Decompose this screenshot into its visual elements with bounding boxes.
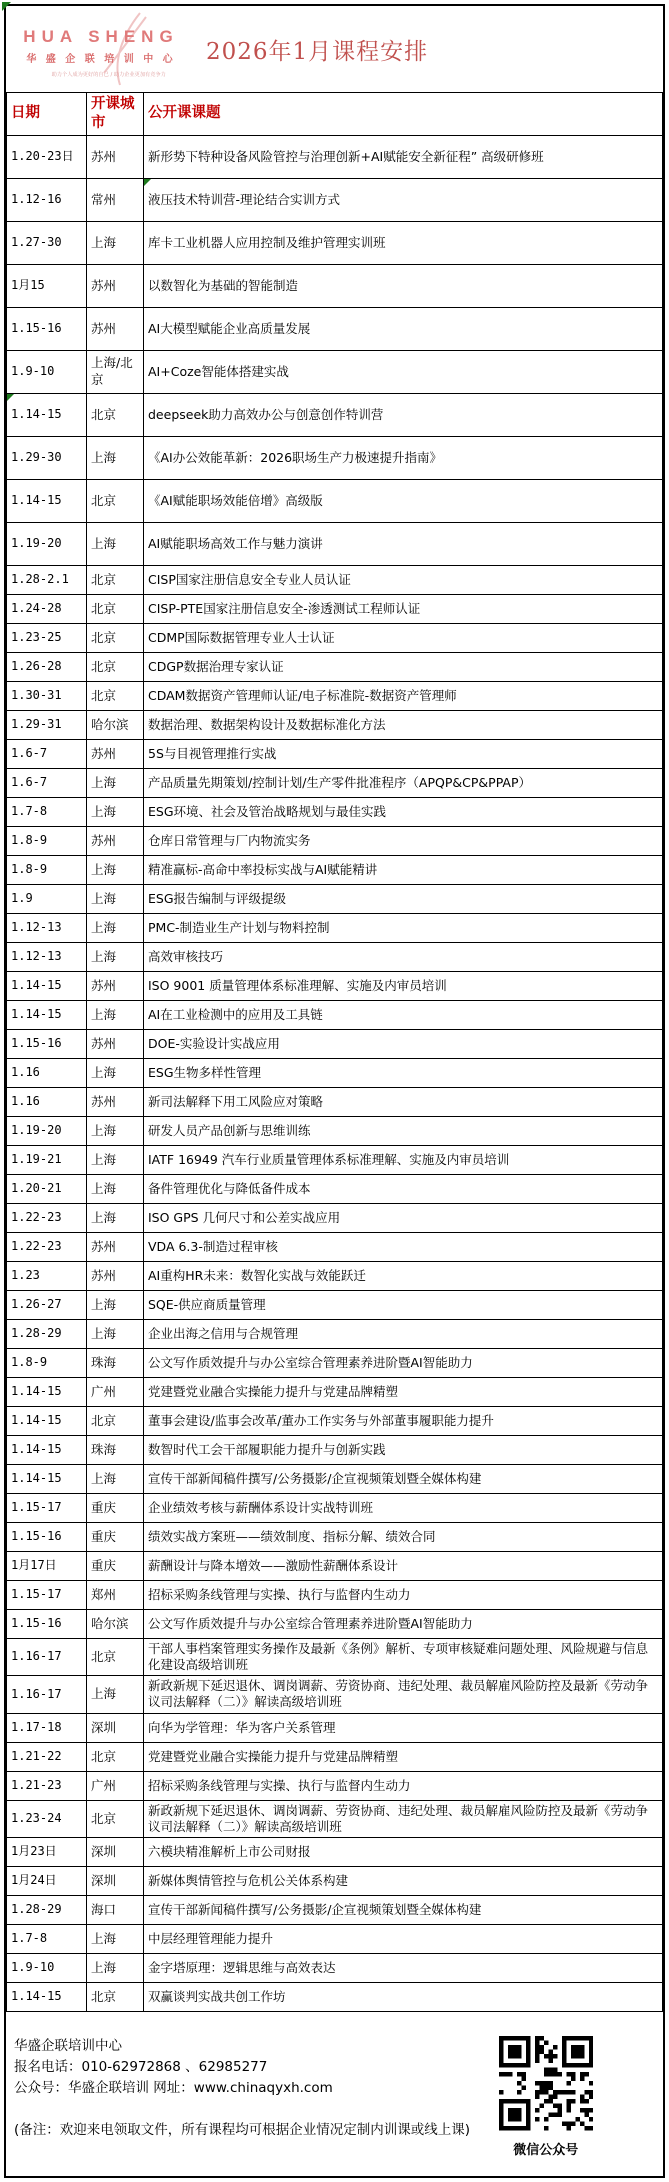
city-value: 苏州 [91, 278, 116, 293]
city-cell[interactable]: 珠海 [87, 1435, 144, 1464]
city-cell[interactable]: 上海 [87, 1058, 144, 1087]
course-cell[interactable]: CDMP国际数据管理专业人士认证 [144, 623, 663, 652]
date-value: 1.12-13 [11, 949, 62, 963]
city-cell[interactable]: 上海 [87, 1116, 144, 1145]
course-value: SQE-供应商质量管理 [148, 1297, 266, 1312]
city-cell[interactable]: 哈尔滨 [87, 1609, 144, 1638]
course-cell[interactable]: 新媒体舆情管控与危机公关体系构建 [144, 1867, 663, 1896]
city-cell[interactable]: 北京 [87, 1983, 144, 2012]
date-cell[interactable]: 1.16 [7, 1087, 87, 1116]
table-row: 1.26-27 上海 SQE-供应商质量管理 [7, 1290, 663, 1319]
date-value: 1.15-16 [11, 321, 62, 335]
course-cell[interactable]: 精准赢标-高命中率投标实战与AI赋能精讲 [144, 855, 663, 884]
city-cell[interactable]: 上海 [87, 942, 144, 971]
date-cell[interactable]: 1.8-9 [7, 1348, 87, 1377]
course-cell[interactable]: AI+Coze智能体搭建实战 [144, 350, 663, 393]
date-cell[interactable]: 1.14-15 [7, 1000, 87, 1029]
course-value: VDA 6.3-制造过程审核 [148, 1239, 278, 1254]
date-value: 1.15-16 [11, 1616, 62, 1630]
course-cell[interactable]: 数据治理、数据架构设计及数据标准化方法 [144, 710, 663, 739]
table-row: 1.15-16 苏州 AI大模型赋能企业高质量发展 [7, 307, 663, 350]
city-value: 北京 [91, 630, 116, 645]
phone-line: 报名电话：010-62972868 、62985277 [14, 2057, 470, 2078]
course-cell[interactable]: VDA 6.3-制造过程审核 [144, 1232, 663, 1261]
date-value: 1.20-21 [11, 1181, 62, 1195]
city-value: 深圳 [91, 1844, 116, 1859]
table-row: 1.15-16 苏州 DOE-实验设计实战应用 [7, 1029, 663, 1058]
table-row: 1.29-30 上海 《AI办公效能革新：2026职场生产力极速提升指南》 [7, 436, 663, 479]
table-row: 1月17日 重庆 薪酬设计与降本增效——激励性薪酬体系设计 [7, 1551, 663, 1580]
date-cell[interactable]: 1.14-15 [7, 1983, 87, 2012]
course-value: 宣传干部新闻稿件撰写/公务摄影/企宣视频策划暨全媒体构建 [148, 1902, 481, 1917]
city-value: 上海 [91, 536, 116, 551]
table-row: 1.20-21 上海 备件管理优化与降低备件成本 [7, 1174, 663, 1203]
course-cell[interactable]: 备件管理优化与降低备件成本 [144, 1174, 663, 1203]
city-cell[interactable]: 上海 [87, 1464, 144, 1493]
city-value: 上海 [91, 235, 116, 250]
city-cell[interactable]: 北京 [87, 681, 144, 710]
date-cell[interactable]: 1.29-31 [7, 710, 87, 739]
city-cell[interactable]: 苏州 [87, 1087, 144, 1116]
course-cell[interactable]: 董事会建设/监事会改革/董办工作实务与外部董事履职能力提升 [144, 1406, 663, 1435]
course-value: 《AI赋能职场效能倍增》高级版 [148, 493, 323, 508]
table-row: 1.14-15 上海 AI在工业检测中的应用及工具链 [7, 1000, 663, 1029]
worksheet: HUA SHENG 华 盛 企 联 培 训 中 心 助力个人成为更好的自己 / … [4, 4, 665, 2178]
city-cell[interactable]: 苏州 [87, 135, 144, 178]
date-value: 1月23日 [11, 1844, 57, 1858]
course-cell[interactable]: DOE-实验设计实战应用 [144, 1029, 663, 1058]
date-cell[interactable]: 1.9-10 [7, 350, 87, 393]
date-cell[interactable]: 1.12-13 [7, 913, 87, 942]
course-cell[interactable]: SQE-供应商质量管理 [144, 1290, 663, 1319]
date-value: 1.28-29 [11, 1326, 62, 1340]
date-cell[interactable]: 1.22-23 [7, 1232, 87, 1261]
course-cell[interactable]: AI大模型赋能企业高质量发展 [144, 307, 663, 350]
date-value: 1.23 [11, 1268, 40, 1282]
date-cell[interactable]: 1.24-28 [7, 594, 87, 623]
date-value: 1月17日 [11, 1558, 57, 1572]
course-cell[interactable]: CISP国家注册信息安全专业人员认证 [144, 565, 663, 594]
course-cell[interactable]: 公文写作质效提升与办公室综合管理素养进阶暨AI智能助力 [144, 1348, 663, 1377]
date-value: 1.8-9 [11, 833, 47, 847]
table-row: 1月24日 深圳 新媒体舆情管控与危机公关体系构建 [7, 1867, 663, 1896]
course-cell[interactable]: IATF 16949 汽车行业质量管理体系标准理解、实施及内审员培训 [144, 1145, 663, 1174]
course-cell[interactable]: 研发人员产品创新与思维训练 [144, 1116, 663, 1145]
course-value: 企业出海之信用与合规管理 [148, 1326, 298, 1341]
city-cell[interactable]: 重庆 [87, 1522, 144, 1551]
date-cell[interactable]: 1.28-29 [7, 1319, 87, 1348]
date-cell[interactable]: 1.7-8 [7, 797, 87, 826]
course-cell[interactable]: CDGP数据治理专家认证 [144, 652, 663, 681]
city-cell[interactable]: 上海 [87, 221, 144, 264]
date-cell[interactable]: 1.14-15 [7, 479, 87, 522]
city-cell[interactable]: 北京 [87, 393, 144, 436]
city-cell[interactable]: 北京 [87, 623, 144, 652]
course-cell[interactable]: 招标采购条线管理与实操、执行与监督内生动力 [144, 1580, 663, 1609]
city-cell[interactable]: 重庆 [87, 1551, 144, 1580]
city-value: 上海 [91, 1181, 116, 1196]
course-cell[interactable]: 招标采购条线管理与实操、执行与监督内生动力 [144, 1771, 663, 1800]
city-cell[interactable]: 上海 [87, 1174, 144, 1203]
course-cell[interactable]: 新政新规下延迟退休、调岗调薪、劳资协商、违纪处理、裁员解雇风险防控及最新《劳动争… [144, 1800, 663, 1838]
city-value: 北京 [91, 1413, 116, 1428]
date-cell[interactable]: 1.14-15 [7, 1464, 87, 1493]
city-cell[interactable]: 北京 [87, 1638, 144, 1676]
table-row: 1.23-25 北京 CDMP国际数据管理专业人士认证 [7, 623, 663, 652]
date-cell[interactable]: 1.26-28 [7, 652, 87, 681]
date-cell[interactable]: 1.19-21 [7, 1145, 87, 1174]
table-row: 1.14-15 北京 deepseek助力高效办公与创意创作特训营 [7, 393, 663, 436]
course-cell[interactable]: ESG生物多样性管理 [144, 1058, 663, 1087]
date-value: 1.27-30 [11, 235, 62, 249]
city-value: 常州 [91, 192, 116, 207]
date-cell[interactable]: 1月23日 [7, 1838, 87, 1867]
date-cell[interactable]: 1.19-20 [7, 1116, 87, 1145]
city-cell[interactable]: 重庆 [87, 1493, 144, 1522]
course-cell[interactable]: 5S与目视管理推行实战 [144, 739, 663, 768]
city-value: 北京 [91, 1749, 116, 1764]
course-value: 中层经理管理能力提升 [148, 1931, 273, 1946]
course-cell[interactable]: ESG环境、社会及管治战略规划与最佳实践 [144, 797, 663, 826]
course-cell[interactable]: 双赢谈判实战共创工作坊 [144, 1983, 663, 2012]
city-value: 上海 [91, 1960, 116, 1975]
course-cell[interactable]: AI在工业检测中的应用及工具链 [144, 1000, 663, 1029]
city-cell[interactable]: 哈尔滨 [87, 710, 144, 739]
course-cell[interactable]: 薪酬设计与降本增效——激励性薪酬体系设计 [144, 1551, 663, 1580]
course-value: 新政新规下延迟退休、调岗调薪、劳资协商、违纪处理、裁员解雇风险防控及最新《劳动争… [148, 1678, 648, 1709]
table-row: 1.12-16 常州 液压技术特训营-理论结合实训方式 [7, 178, 663, 221]
course-cell[interactable]: 数智时代工会干部履职能力提升与创新实践 [144, 1435, 663, 1464]
date-value: 1.26-27 [11, 1297, 62, 1311]
city-cell[interactable]: 深圳 [87, 1867, 144, 1896]
city-cell[interactable]: 上海 [87, 1000, 144, 1029]
course-value: deepseek助力高效办公与创意创作特训营 [148, 407, 383, 422]
city-value: 苏州 [91, 978, 116, 993]
city-cell[interactable]: 上海 [87, 1676, 144, 1714]
course-cell[interactable]: 仓库日常管理与厂内物流实务 [144, 826, 663, 855]
date-cell[interactable]: 1.6-7 [7, 768, 87, 797]
course-value: 研发人员产品创新与思维训练 [148, 1123, 311, 1138]
course-cell[interactable]: 以数智化为基础的智能制造 [144, 264, 663, 307]
city-cell[interactable]: 上海 [87, 884, 144, 913]
date-cell[interactable]: 1.15-16 [7, 1029, 87, 1058]
date-value: 1.7-8 [11, 1931, 47, 1945]
city-value: 珠海 [91, 1442, 116, 1457]
date-cell[interactable]: 1.9 [7, 884, 87, 913]
course-value: 高效审核技巧 [148, 949, 223, 964]
city-cell[interactable]: 苏州 [87, 1029, 144, 1058]
city-value: 北京 [91, 1989, 116, 2004]
date-value: 1.15-17 [11, 1500, 62, 1514]
city-value: 苏州 [91, 1094, 116, 1109]
logo-tagline: 助力个人成为更好的自己 / 助力企业更加有竞争力 [52, 70, 151, 78]
course-cell[interactable]: 六模块精准解析上市公司财报 [144, 1838, 663, 1867]
course-value: PMC-制造业生产计划与物料控制 [148, 920, 330, 935]
date-cell[interactable]: 1.16 [7, 1058, 87, 1087]
city-cell[interactable]: 上海 [87, 1925, 144, 1954]
city-cell[interactable]: 深圳 [87, 1838, 144, 1867]
course-cell[interactable]: 公文写作质效提升与办公室综合管理素养进阶暨AI智能助力 [144, 1609, 663, 1638]
course-value: ESG生物多样性管理 [148, 1065, 261, 1080]
city-value: 苏州 [91, 1239, 116, 1254]
city-cell[interactable]: 苏州 [87, 826, 144, 855]
course-cell[interactable]: CISP-PTE国家注册信息安全-渗透测试工程师认证 [144, 594, 663, 623]
city-cell[interactable]: 苏州 [87, 1261, 144, 1290]
date-value: 1月15 [11, 278, 45, 292]
table-row: 1月23日 深圳 六模块精准解析上市公司财报 [7, 1838, 663, 1867]
date-cell[interactable]: 1.12-13 [7, 942, 87, 971]
city-cell[interactable]: 北京 [87, 652, 144, 681]
course-value: CISP-PTE国家注册信息安全-渗透测试工程师认证 [148, 601, 420, 616]
city-cell[interactable]: 上海 [87, 855, 144, 884]
col-header-course[interactable]: 公开课课题 [144, 93, 663, 136]
course-cell[interactable]: ESG报告编制与评级提级 [144, 884, 663, 913]
city-cell[interactable]: 苏州 [87, 1232, 144, 1261]
city-cell[interactable]: 上海 [87, 1954, 144, 1983]
date-cell[interactable]: 1.16-17 [7, 1676, 87, 1714]
course-cell[interactable]: 中层经理管理能力提升 [144, 1925, 663, 1954]
date-cell[interactable]: 1.26-27 [7, 1290, 87, 1319]
date-cell[interactable]: 1月24日 [7, 1867, 87, 1896]
course-cell[interactable]: 企业绩效考核与薪酬体系设计实战特训班 [144, 1493, 663, 1522]
city-cell[interactable]: 上海 [87, 1290, 144, 1319]
date-value: 1.8-9 [11, 1355, 47, 1369]
date-cell[interactable]: 1.16-17 [7, 1638, 87, 1676]
city-value: 上海 [91, 775, 116, 790]
date-cell[interactable]: 1.12-16 [7, 178, 87, 221]
city-value: 上海 [91, 1686, 116, 1701]
table-row: 1.9-10 上海/北京 AI+Coze智能体搭建实战 [7, 350, 663, 393]
table-row: 1.19-21 上海 IATF 16949 汽车行业质量管理体系标准理解、实施及… [7, 1145, 663, 1174]
course-cell[interactable]: CDAM数据资产管理师认证/电子标准院-数据资产管理师 [144, 681, 663, 710]
date-value: 1.14-15 [11, 1413, 62, 1427]
date-value: 1.29-31 [11, 717, 62, 731]
course-cell[interactable]: 液压技术特训营-理论结合实训方式 [144, 178, 663, 221]
city-cell[interactable]: 海口 [87, 1896, 144, 1925]
course-value: 董事会建设/监事会改革/董办工作实务与外部董事履职能力提升 [148, 1413, 494, 1428]
city-cell[interactable]: 苏州 [87, 307, 144, 350]
course-cell[interactable]: 新司法解释下用工风险应对策略 [144, 1087, 663, 1116]
course-value: 宣传干部新闻稿件撰写/公务摄影/企宣视频策划暨全媒体构建 [148, 1471, 481, 1486]
date-cell[interactable]: 1.20-21 [7, 1174, 87, 1203]
date-cell[interactable]: 1.30-31 [7, 681, 87, 710]
table-row: 1.14-15 北京 《AI赋能职场效能倍增》高级版 [7, 479, 663, 522]
city-cell[interactable]: 上海 [87, 522, 144, 565]
course-value: 六模块精准解析上市公司财报 [148, 1844, 311, 1859]
course-value: 备件管理优化与降低备件成本 [148, 1181, 311, 1196]
table-row: 1.14-15 北京 董事会建设/监事会改革/董办工作实务与外部董事履职能力提升 [7, 1406, 663, 1435]
course-cell[interactable]: 企业出海之信用与合规管理 [144, 1319, 663, 1348]
date-cell[interactable]: 1.23-24 [7, 1800, 87, 1838]
city-value: 上海 [91, 1210, 116, 1225]
course-value: 企业绩效考核与薪酬体系设计实战特训班 [148, 1500, 373, 1515]
table-row: 1.14-15 上海 宣传干部新闻稿件撰写/公务摄影/企宣视频策划暨全媒体构建 [7, 1464, 663, 1493]
date-cell[interactable]: 1.21-23 [7, 1771, 87, 1800]
city-cell[interactable]: 上海 [87, 436, 144, 479]
course-cell[interactable]: 宣传干部新闻稿件撰写/公务摄影/企宣视频策划暨全媒体构建 [144, 1896, 663, 1925]
date-cell[interactable]: 1.21-22 [7, 1742, 87, 1771]
course-cell[interactable]: deepseek助力高效办公与创意创作特训营 [144, 393, 663, 436]
city-cell[interactable]: 苏州 [87, 971, 144, 1000]
date-value: 1.9-10 [11, 364, 54, 378]
date-cell[interactable]: 1.15-17 [7, 1493, 87, 1522]
date-cell[interactable]: 1.15-16 [7, 1522, 87, 1551]
city-cell[interactable]: 上海 [87, 768, 144, 797]
date-cell[interactable]: 1.19-20 [7, 522, 87, 565]
course-cell[interactable]: 党建暨党业融合实操能力提升与党建品牌精塑 [144, 1377, 663, 1406]
date-value: 1.19-20 [11, 1123, 62, 1137]
table-row: 1.27-30 上海 库卡工业机器人应用控制及维护管理实训班 [7, 221, 663, 264]
date-cell[interactable]: 1.22-23 [7, 1203, 87, 1232]
city-cell[interactable]: 深圳 [87, 1713, 144, 1742]
course-cell[interactable]: 宣传干部新闻稿件撰写/公务摄影/企宣视频策划暨全媒体构建 [144, 1464, 663, 1493]
city-cell[interactable]: 北京 [87, 1406, 144, 1435]
city-cell[interactable]: 上海 [87, 1319, 144, 1348]
city-cell[interactable]: 广州 [87, 1771, 144, 1800]
course-value: 新媒体舆情管控与危机公关体系构建 [148, 1873, 348, 1888]
city-cell[interactable]: 上海 [87, 797, 144, 826]
course-cell[interactable]: AI赋能职场高效工作与魅力演讲 [144, 522, 663, 565]
date-cell[interactable]: 1.14-15 [7, 393, 87, 436]
date-cell[interactable]: 1.14-15 [7, 1377, 87, 1406]
table-row: 1.6-7 苏州 5S与目视管理推行实战 [7, 739, 663, 768]
city-value: 珠海 [91, 1355, 116, 1370]
course-cell[interactable]: 绩效实战方案班——绩效制度、指标分解、绩效合同 [144, 1522, 663, 1551]
course-cell[interactable]: 党建暨党业融合实操能力提升与党建品牌精塑 [144, 1742, 663, 1771]
course-value: IATF 16949 汽车行业质量管理体系标准理解、实施及内审员培训 [148, 1152, 509, 1167]
course-cell[interactable]: 《AI赋能职场效能倍增》高级版 [144, 479, 663, 522]
table-row: 1.16 上海 ESG生物多样性管理 [7, 1058, 663, 1087]
date-cell[interactable]: 1.14-15 [7, 1406, 87, 1435]
course-cell[interactable]: 产品质量先期策划/控制计划/生产零件批准程序（APQP&CP&PPAP） [144, 768, 663, 797]
city-cell[interactable]: 上海 [87, 1203, 144, 1232]
table-row: 1.15-17 郑州 招标采购条线管理与实操、执行与监督内生动力 [7, 1580, 663, 1609]
date-value: 1.19-21 [11, 1152, 62, 1166]
date-value: 1月24日 [11, 1873, 57, 1887]
col-header-date[interactable]: 日期 [7, 93, 87, 136]
date-cell[interactable]: 1.28-2.1 [7, 565, 87, 594]
table-row: 1.14-15 广州 党建暨党业融合实操能力提升与党建品牌精塑 [7, 1377, 663, 1406]
date-cell[interactable]: 1.8-9 [7, 855, 87, 884]
date-cell[interactable]: 1.17-18 [7, 1713, 87, 1742]
city-value: 上海 [91, 1297, 116, 1312]
date-cell[interactable]: 1月17日 [7, 1551, 87, 1580]
course-value: CDGP数据治理专家认证 [148, 659, 284, 674]
col-header-city[interactable]: 开课城市 [87, 93, 144, 136]
date-cell[interactable]: 1.23 [7, 1261, 87, 1290]
date-cell[interactable]: 1.27-30 [7, 221, 87, 264]
city-cell[interactable]: 上海 [87, 913, 144, 942]
date-cell[interactable]: 1.23-25 [7, 623, 87, 652]
city-value: 上海 [91, 1931, 116, 1946]
date-value: 1.14-15 [11, 1989, 62, 2003]
table-row: 1.16 苏州 新司法解释下用工风险应对策略 [7, 1087, 663, 1116]
course-cell[interactable]: 《AI办公效能革新：2026职场生产力极速提升指南》 [144, 436, 663, 479]
date-cell[interactable]: 1月15 [7, 264, 87, 307]
course-value: AI+Coze智能体搭建实战 [148, 364, 289, 379]
course-cell[interactable]: 高效审核技巧 [144, 942, 663, 971]
course-value: CDAM数据资产管理师认证/电子标准院-数据资产管理师 [148, 688, 457, 703]
course-cell[interactable]: 干部人事档案管理实务操作及最新《条例》解析、专项审核疑难问题处理、风险规避与信息… [144, 1638, 663, 1676]
footer-note: (备注：欢迎来电领取文件，所有课程均可根据企业情况定制内训课或线上课) [14, 2120, 470, 2141]
city-cell[interactable]: 北京 [87, 565, 144, 594]
city-cell[interactable]: 北京 [87, 479, 144, 522]
city-cell[interactable]: 珠海 [87, 1348, 144, 1377]
course-value: DOE-实验设计实战应用 [148, 1036, 280, 1051]
table-row: 1.9 上海 ESG报告编制与评级提级 [7, 884, 663, 913]
city-cell[interactable]: 上海 [87, 1145, 144, 1174]
course-cell[interactable]: PMC-制造业生产计划与物料控制 [144, 913, 663, 942]
date-cell[interactable]: 1.9-10 [7, 1954, 87, 1983]
table-row: 1.8-9 珠海 公文写作质效提升与办公室综合管理素养进阶暨AI智能助力 [7, 1348, 663, 1377]
date-value: 1.28-2.1 [11, 572, 69, 586]
date-value: 1.22-23 [11, 1210, 62, 1224]
city-cell[interactable]: 广州 [87, 1377, 144, 1406]
date-cell[interactable]: 1.6-7 [7, 739, 87, 768]
table-row: 1.15-16 哈尔滨 公文写作质效提升与办公室综合管理素养进阶暨AI智能助力 [7, 1609, 663, 1638]
course-value: 新司法解释下用工风险应对策略 [148, 1094, 323, 1109]
date-cell[interactable]: 1.15-17 [7, 1580, 87, 1609]
city-value: 上海 [91, 862, 116, 877]
table-row: 1.24-28 北京 CISP-PTE国家注册信息安全-渗透测试工程师认证 [7, 594, 663, 623]
course-cell[interactable]: 向华为学管理：华为客户关系管理 [144, 1713, 663, 1742]
date-cell[interactable]: 1.14-15 [7, 971, 87, 1000]
date-value: 1.16-17 [11, 1649, 62, 1663]
course-value: 双赢谈判实战共创工作坊 [148, 1989, 286, 2004]
date-value: 1.30-31 [11, 688, 62, 702]
course-value: ISO GPS 几何尺寸和公差实战应用 [148, 1210, 340, 1225]
table-row: 1.12-13 上海 PMC-制造业生产计划与物料控制 [7, 913, 663, 942]
course-value: 薪酬设计与降本增效——激励性薪酬体系设计 [148, 1558, 398, 1573]
city-cell[interactable]: 苏州 [87, 739, 144, 768]
course-cell[interactable]: AI重构HR未来：数智化实战与效能跃迁 [144, 1261, 663, 1290]
date-cell[interactable]: 1.15-16 [7, 1609, 87, 1638]
date-cell[interactable]: 1.29-30 [7, 436, 87, 479]
course-cell[interactable]: 新形势下特种设备风险管控与治理创新+AI赋能安全新征程” 高级研修班 [144, 135, 663, 178]
city-cell[interactable]: 上海/北京 [87, 350, 144, 393]
table-row: 1.14-15 苏州 ISO 9001 质量管理体系标准理解、实施及内审员培训 [7, 971, 663, 1000]
city-cell[interactable]: 常州 [87, 178, 144, 221]
date-cell[interactable]: 1.7-8 [7, 1925, 87, 1954]
city-cell[interactable]: 北京 [87, 1742, 144, 1771]
date-value: 1.17-18 [11, 1720, 62, 1734]
date-cell[interactable]: 1.15-16 [7, 307, 87, 350]
course-cell[interactable]: 库卡工业机器人应用控制及维护管理实训班 [144, 221, 663, 264]
city-cell[interactable]: 郑州 [87, 1580, 144, 1609]
city-value: 上海 [91, 1471, 116, 1486]
date-cell[interactable]: 1.28-29 [7, 1896, 87, 1925]
city-value: 上海 [91, 1007, 116, 1022]
course-cell[interactable]: ISO 9001 质量管理体系标准理解、实施及内审员培训 [144, 971, 663, 1000]
course-value: 产品质量先期策划/控制计划/生产零件批准程序（APQP&CP&PPAP） [148, 775, 531, 790]
date-cell[interactable]: 1.14-15 [7, 1435, 87, 1464]
table-row: 1.21-22 北京 党建暨党业融合实操能力提升与党建品牌精塑 [7, 1742, 663, 1771]
date-cell[interactable]: 1.8-9 [7, 826, 87, 855]
city-cell[interactable]: 苏州 [87, 264, 144, 307]
course-cell[interactable]: 金字塔原理：逻辑思维与高效表达 [144, 1954, 663, 1983]
city-value: 北京 [91, 688, 116, 703]
course-cell[interactable]: ISO GPS 几何尺寸和公差实战应用 [144, 1203, 663, 1232]
course-value: AI大模型赋能企业高质量发展 [148, 321, 310, 336]
course-value: 招标采购条线管理与实操、执行与监督内生动力 [148, 1587, 411, 1602]
city-cell[interactable]: 北京 [87, 594, 144, 623]
date-value: 1.21-23 [11, 1778, 62, 1792]
course-cell[interactable]: 新政新规下延迟退休、调岗调薪、劳资协商、违纪处理、裁员解雇风险防控及最新《劳动争… [144, 1676, 663, 1714]
date-cell[interactable]: 1.20-23日 [7, 135, 87, 178]
city-value: 哈尔滨 [91, 1616, 129, 1631]
city-value: 苏州 [91, 1036, 116, 1051]
city-cell[interactable]: 北京 [87, 1800, 144, 1838]
